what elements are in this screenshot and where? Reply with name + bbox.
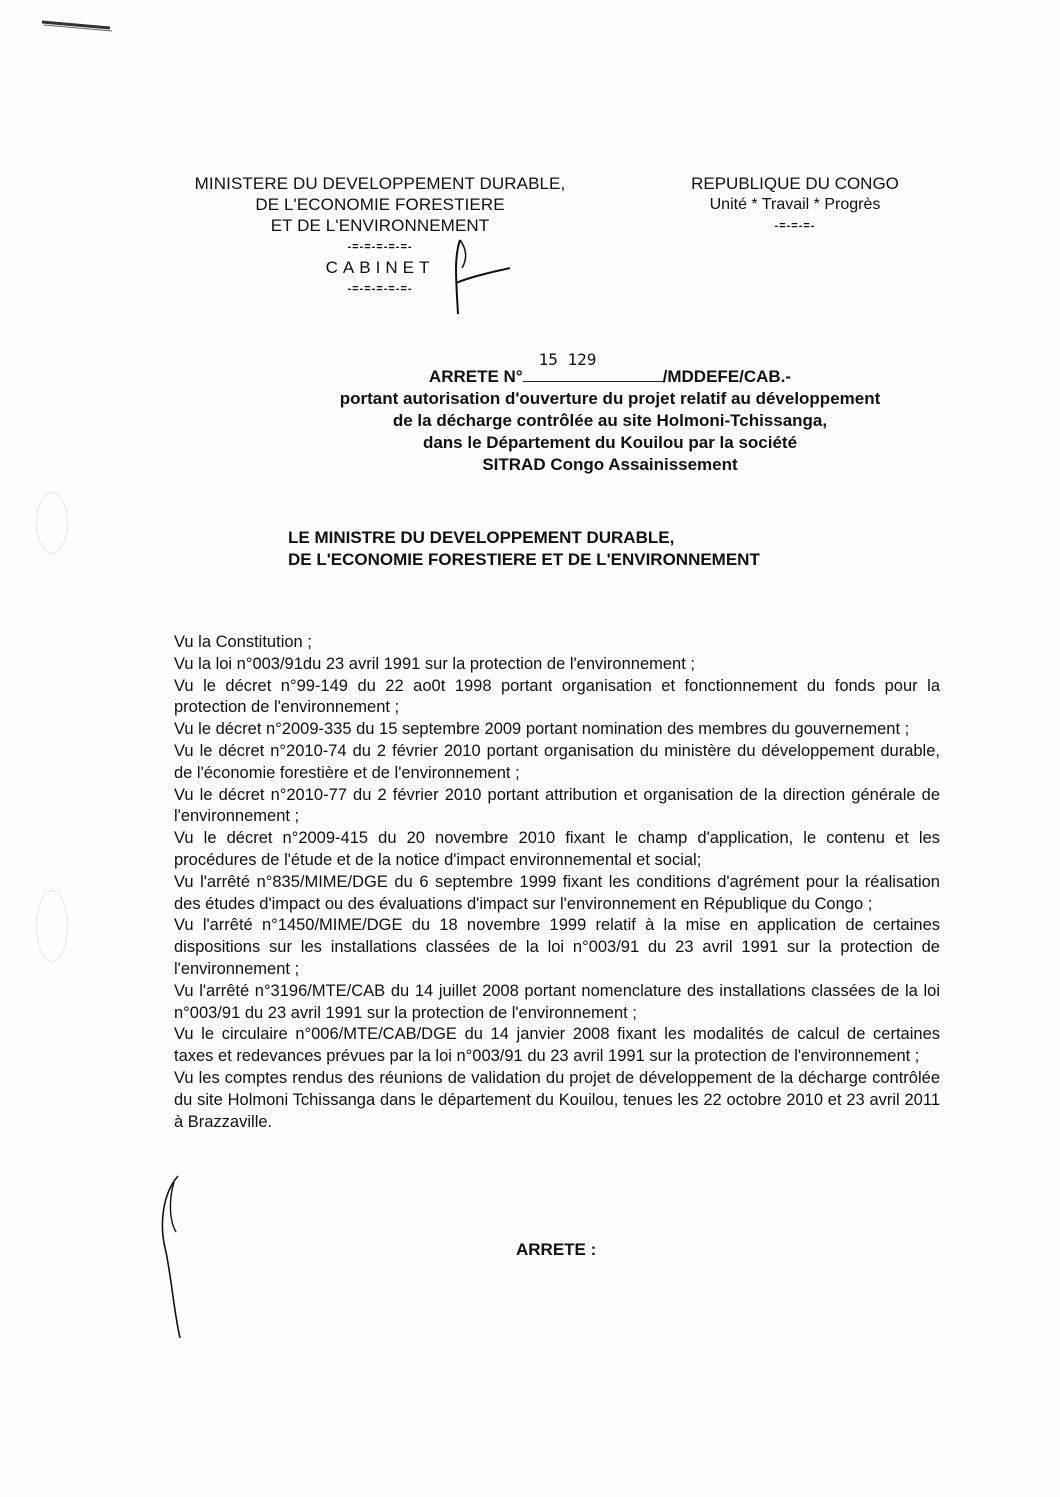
minister-line-1: LE MINISTRE DU DEVELOPPEMENT DURABLE, xyxy=(288,527,848,549)
visa-item: Vu le décret n°99-149 du 22 ao0t 1998 po… xyxy=(174,676,940,720)
minister-line-2: DE L'ECONOMIE FORESTIERE ET DE L'ENVIRON… xyxy=(288,549,848,571)
decree-number-line: ARRETE N°15 129/MDDEFE/CAB.- xyxy=(290,363,930,388)
punch-hole-mark xyxy=(36,890,68,962)
document-page: MINISTERE DU DEVELOPPEMENT DURABLE, DE L… xyxy=(0,0,1060,1497)
arrete-heading: ARRETE : xyxy=(516,1240,596,1260)
ministry-header: MINISTERE DU DEVELOPPEMENT DURABLE, DE L… xyxy=(150,173,610,296)
minister-heading: LE MINISTRE DU DEVELOPPEMENT DURABLE, DE… xyxy=(288,527,848,571)
visa-item: Vu l'arrêté n°3196/MTE/CAB du 14 juillet… xyxy=(174,981,940,1025)
visa-item: Vu la Constitution ; xyxy=(174,632,940,654)
decree-suffix: /MDDEFE/CAB.- xyxy=(663,367,791,386)
visa-item: Vu l'arrêté n°835/MIME/DGE du 6 septembr… xyxy=(174,872,940,916)
visa-item: Vu la loi n°003/91du 23 avril 1991 sur l… xyxy=(174,654,940,676)
visa-item: Vu le circulaire n°006/MTE/CAB/DGE du 14… xyxy=(174,1024,940,1068)
visa-item: Vu le décret n°2009-415 du 20 novembre 2… xyxy=(174,828,940,872)
visas-list: Vu la Constitution ; Vu la loi n°003/91d… xyxy=(174,632,940,1133)
visa-item: Vu le décret n°2010-77 du 2 février 2010… xyxy=(174,785,940,829)
punch-hole-mark xyxy=(36,492,68,554)
republic-header: REPUBLIQUE DU CONGO Unité * Travail * Pr… xyxy=(665,173,925,233)
ministry-line-2: DE L'ECONOMIE FORESTIERE xyxy=(150,194,610,215)
visa-item: Vu le décret n°2009-335 du 15 septembre … xyxy=(174,719,940,741)
visa-item: Vu l'arrêté n°1450/MIME/DGE du 18 novemb… xyxy=(174,915,940,980)
initials-signature-icon xyxy=(448,238,518,318)
ministry-line-3: ET DE L'ENVIRONNEMENT xyxy=(150,215,610,236)
separator: -=-=-=-=-=- xyxy=(150,282,610,296)
visa-item: Vu les comptes rendus des réunions de va… xyxy=(174,1068,940,1133)
decree-title: ARRETE N°15 129/MDDEFE/CAB.- portant aut… xyxy=(290,363,930,476)
margin-signature-icon xyxy=(150,1172,200,1342)
cabinet-label: CABINET xyxy=(150,258,610,278)
visa-item: Vu le décret n°2010-74 du 2 février 2010… xyxy=(174,741,940,785)
separator: -=-=-=-=-=- xyxy=(150,240,610,254)
decree-number: 15 129 xyxy=(539,349,597,371)
subject-line-2: de la décharge contrôlée au site Holmoni… xyxy=(290,410,930,432)
scan-mark-icon xyxy=(40,16,120,36)
subject-line-3: dans le Département du Kouilou par la so… xyxy=(290,432,930,454)
national-motto: Unité * Travail * Progrès xyxy=(665,194,925,215)
decree-number-field: 15 129 xyxy=(523,363,663,382)
separator: -=-=-=- xyxy=(665,219,925,233)
country-name: REPUBLIQUE DU CONGO xyxy=(665,173,925,194)
ministry-line-1: MINISTERE DU DEVELOPPEMENT DURABLE, xyxy=(150,173,610,194)
subject-line-4: SITRAD Congo Assainissement xyxy=(290,454,930,476)
decree-prefix: ARRETE N° xyxy=(429,367,523,386)
subject-line-1: portant autorisation d'ouverture du proj… xyxy=(290,388,930,410)
